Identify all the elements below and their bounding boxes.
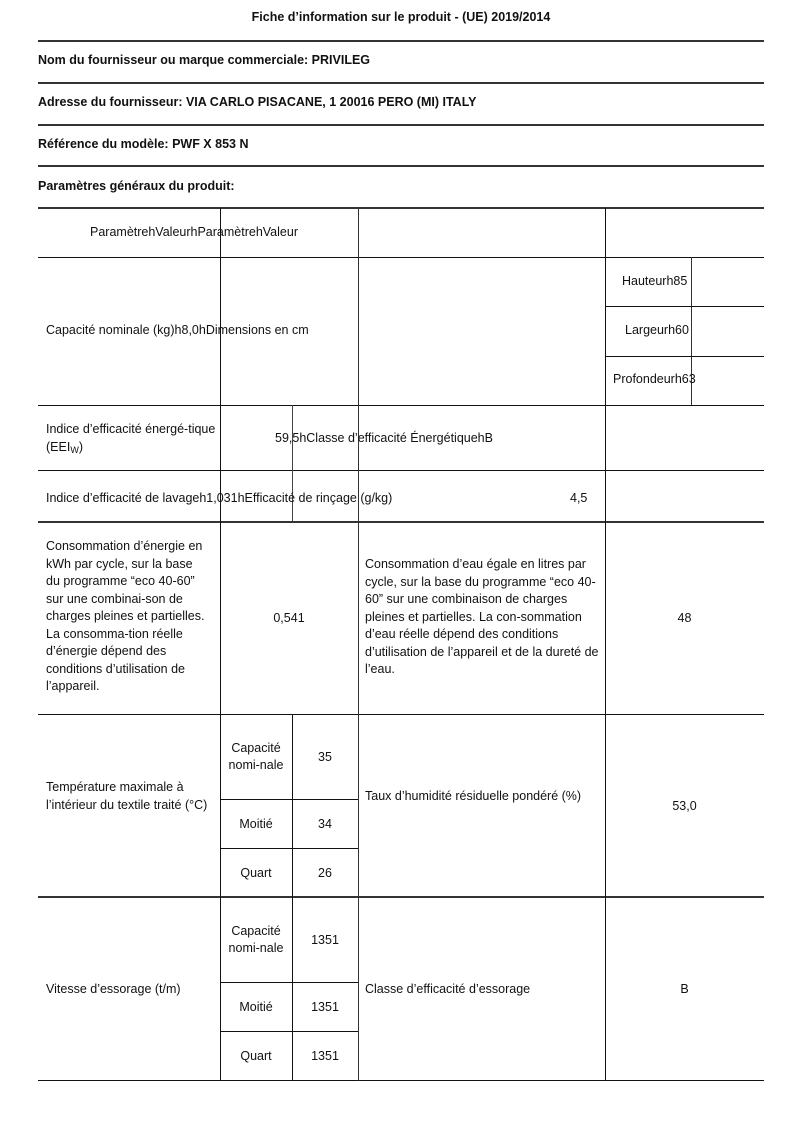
wash-rinse-cell: Indice d’efficacité de lavageh1,031hEffi… [46,490,392,506]
water-consumption-label: Consommation d’eau égale en litres par c… [365,556,600,679]
col-line [358,208,359,1081]
eei-label: Indice d’efficacité énergé-tique (EEIW) [46,421,216,459]
eei-label-subscript: W [70,445,79,455]
row-line [605,356,764,357]
row-line [38,1080,764,1081]
humidity-label: Taux d’humidité résiduelle pondéré (%) [365,788,595,806]
divider [38,165,764,167]
supplier-address: Adresse du fournisseur: VIA CARLO PISACA… [38,95,477,109]
row-line [38,257,764,258]
spin-class-value: B [605,898,764,1080]
max-temp-value-half: 34 [292,800,358,848]
row-line [38,207,764,209]
document-title: Fiche d’information sur le produit - (UE… [0,10,802,24]
spin-value-full: 1351 [292,898,358,982]
eei-value-class: 59,5hClasse d’efficacité ÉnergétiquehB [275,430,493,446]
max-temp-label: Température maximale à l’intérieur du te… [46,779,216,814]
row-line [38,470,764,471]
divider [38,124,764,126]
dimension-depth: Profondeurh63 [613,371,696,387]
table-header-row: ParamètrehValeurhParamètrehValeur [90,224,298,240]
divider [38,82,764,84]
max-temp-load-half: Moitié [220,800,292,848]
spin-speed-label: Vitesse d’essorage (t/m) [46,981,181,997]
capacity-dimensions-cell: Capacité nominale (kg)h8,0hDimensions en… [46,322,309,338]
rinse-value: 4,5 [570,490,587,506]
spin-load-full: Capacité nomi-nale [220,898,292,982]
row-line [605,306,764,307]
max-temp-load-quarter: Quart [220,849,292,897]
spin-load-half: Moitié [220,983,292,1031]
energy-consumption-label: Consommation d’énergie en kWh par cycle,… [46,538,206,696]
row-line [38,405,764,406]
spin-load-quarter: Quart [220,1032,292,1080]
model-reference: Référence du modèle: PWF X 853 N [38,137,248,151]
max-temp-load-full: Capacité nomi-nale [220,715,292,799]
params-heading: Paramètres généraux du produit: [38,179,235,193]
humidity-value: 53,0 [605,715,764,897]
max-temp-value-quarter: 26 [292,849,358,897]
spin-class-label: Classe d’efficacité d’essorage [365,981,530,997]
supplier-name: Nom du fournisseur ou marque commerciale… [38,53,370,67]
dimension-height: Hauteurh85 [622,273,687,289]
dimension-width: Largeurh60 [625,322,689,338]
energy-consumption-value: 0,541 [220,522,358,714]
eei-label-end: ) [79,440,83,454]
max-temp-value-full: 35 [292,715,358,799]
spin-value-half: 1351 [292,983,358,1031]
spin-value-quarter: 1351 [292,1032,358,1080]
water-consumption-value: 48 [605,522,764,714]
divider [38,40,764,42]
